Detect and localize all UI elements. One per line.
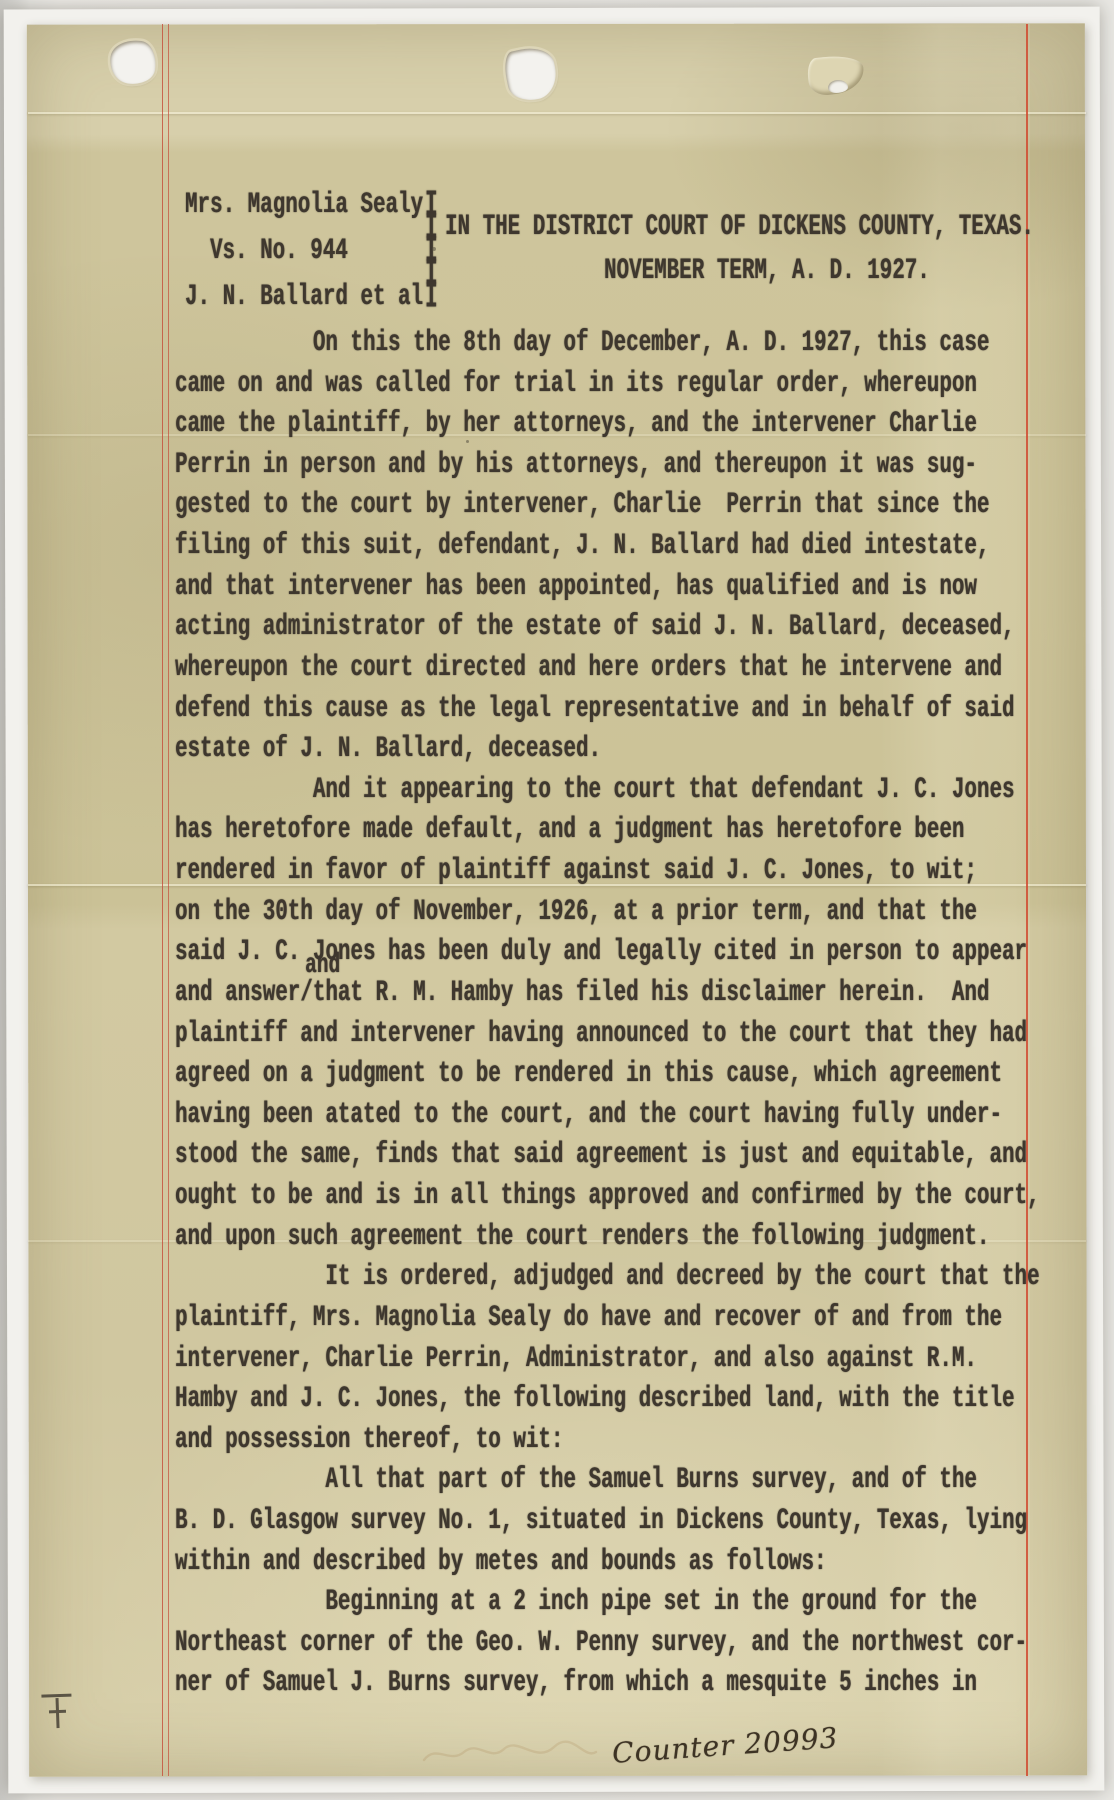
fold-crease-top — [28, 112, 1086, 114]
typed-line: Northeast corner of the Geo. W. Penny su… — [175, 1630, 1027, 1660]
pencil-mark-stroke — [41, 1694, 71, 1698]
typed-line: has heretofore made default, and a judgm… — [175, 817, 964, 847]
typed-line: acting administrator of the estate of sa… — [175, 614, 1015, 644]
ink-speck — [466, 440, 469, 443]
typed-line: B. D. Glasgow survey No. 1, situated in … — [175, 1508, 1027, 1538]
typed-line: plaintiff and intervener having announce… — [175, 1021, 1027, 1051]
typed-line: Beginning at a 2 inch pipe set in the gr… — [175, 1589, 977, 1619]
typed-line: And it appearing to the court that defen… — [175, 777, 1015, 807]
typed-line: ought to be and is in all things approve… — [175, 1183, 1040, 1213]
caption-defendant-name: J. N. Ballard et al — [185, 284, 423, 314]
typed-line: and possession thereof, to wit: — [175, 1427, 563, 1457]
typed-line: Hamby and J. C. Jones, the following des… — [175, 1386, 1015, 1416]
typed-line: On this the 8th day of December, A. D. 1… — [175, 330, 989, 360]
left-margin-rule — [162, 24, 169, 1776]
faint-ghost-writing — [420, 1736, 600, 1772]
typed-line: defend this cause as the legal represent… — [175, 696, 1015, 726]
typed-line: rendered in favor of plaintiff against s… — [175, 858, 977, 888]
typed-line: All that part of the Samuel Burns survey… — [175, 1467, 977, 1497]
typed-line: within and described by metes and bounds… — [175, 1549, 827, 1579]
typed-line: said J. C. Jones has been duly and legal… — [175, 939, 1027, 969]
typed-line: on the 30th day of November, 1926, at a … — [175, 899, 977, 929]
caption-court-line: IN THE DISTRICT COURT OF DICKENS COUNTY,… — [445, 214, 1034, 244]
typed-line: came the plaintiff, by her attorneys, an… — [175, 411, 977, 441]
typed-line: whereupon the court directed and here or… — [175, 655, 1002, 685]
typed-line: agreed on a judgment to be rendered in t… — [175, 1061, 1002, 1091]
typed-line: It is ordered, adjudged and decreed by t… — [175, 1264, 1040, 1294]
typed-line: having been atated to the court, and the… — [175, 1102, 1002, 1132]
docket-brace-glyph: I — [425, 282, 438, 318]
typed-line: and that intervener has been appointed, … — [175, 574, 977, 604]
typed-line: plaintiff, Mrs. Magnolia Sealy do have a… — [175, 1305, 1002, 1335]
caption-plaintiff-name: Mrs. Magnolia Sealy — [185, 192, 423, 222]
typed-line: filing of this suit, defendant, J. N. Ba… — [175, 533, 989, 563]
typed-line: gested to the court by intervener, Charl… — [175, 492, 989, 522]
typed-line: intervener, Charlie Perrin, Administrato… — [175, 1346, 977, 1376]
caption-term-line: NOVEMBER TERM, A. D. 1927. — [604, 258, 930, 288]
interlined-correction: and — [305, 952, 340, 980]
typed-line: ner of Samuel J. Burns survey, from whic… — [175, 1670, 977, 1700]
ink-speck — [432, 247, 436, 251]
pencil-mark-stroke — [49, 1710, 66, 1714]
typed-line: stood the same, finds that said agreemen… — [175, 1142, 1027, 1172]
pencil-mark — [41, 1691, 78, 1732]
typed-line: came on and was called for trial in its … — [175, 371, 977, 401]
caption-cause-number: Vs. No. 944 — [210, 238, 348, 268]
typed-line: Perrin in person and by his attorneys, a… — [175, 452, 977, 482]
typed-line: estate of J. N. Ballard, deceased. — [175, 736, 601, 766]
typed-line: and answer/that R. M. Hamby has filed hi… — [175, 980, 989, 1010]
scanned-document-page: Mrs. Magnolia Sealy IN THE DISTRICT COUR… — [0, 0, 1114, 1800]
typed-line: and upon such agreement the court render… — [175, 1224, 989, 1254]
